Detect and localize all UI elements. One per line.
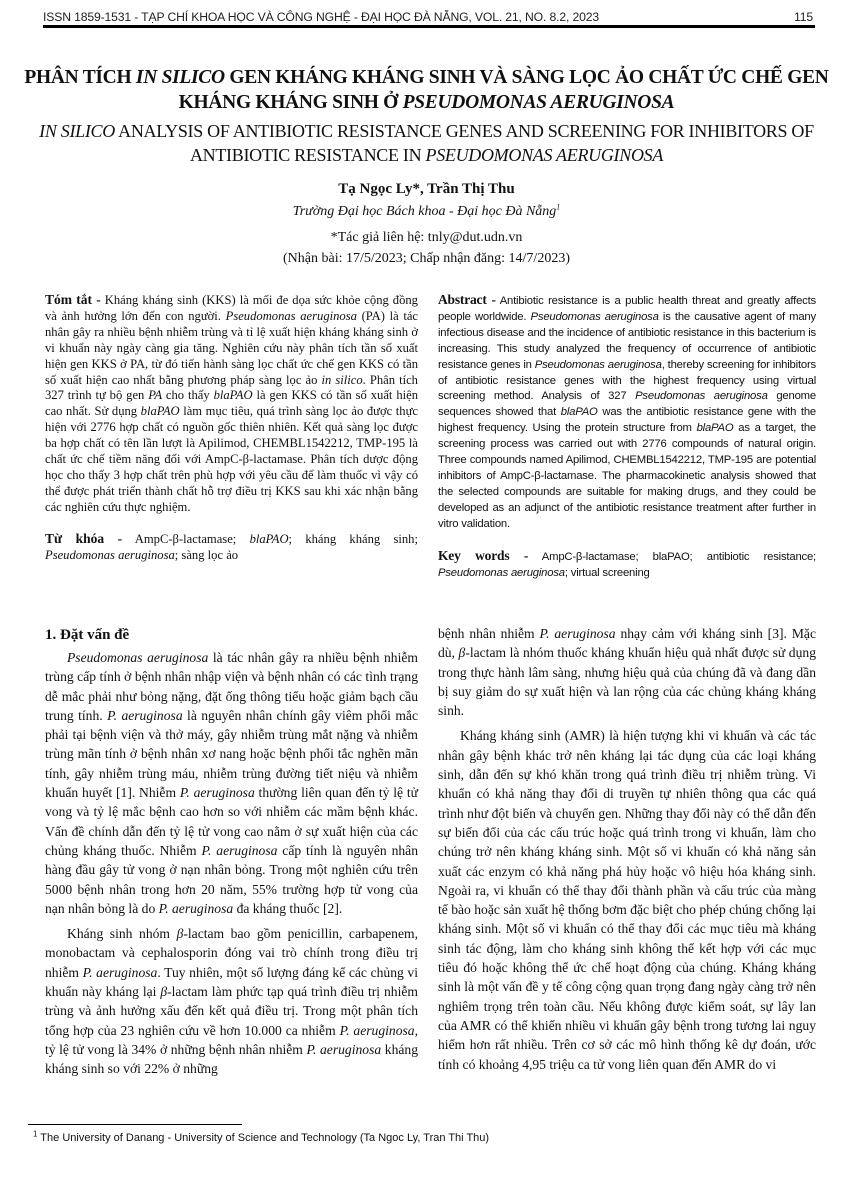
affiliation: Trường Đại học Bách khoa - Đại học Đà Nẵ… xyxy=(150,202,703,222)
section-heading: 1. Đặt vấn đề xyxy=(45,624,418,646)
title-block: PHÂN TÍCH IN SILICO GEN KHÁNG KHÁNG SINH… xyxy=(20,65,833,167)
corresponding-author: *Tác giả liên hệ: tnly@dut.udn.vn xyxy=(150,228,703,248)
header-rule xyxy=(43,25,815,28)
paragraph-3: Kháng kháng sinh (AMR) là hiện tượng khi… xyxy=(438,726,816,1073)
abstract-vietnamese: Tóm tắt - Kháng kháng sinh (KKS) là mối … xyxy=(45,292,418,564)
journal-line: ISSN 1859-1531 - TẠP CHÍ KHOA HỌC VÀ CÔN… xyxy=(43,10,599,24)
abstract-english: Abstract - Antibiotic resistance is a pu… xyxy=(438,292,816,581)
keywords-vietnamese: Từ khóa - AmpC-β-lactamase; blaPAO; khán… xyxy=(45,531,418,564)
paragraph-2-part-a: Kháng sinh nhóm β-lactam bao gồm penicil… xyxy=(45,924,418,1078)
author-names: Tạ Ngọc Ly*, Trần Thị Thu xyxy=(150,178,703,200)
paragraph-2-part-b: bệnh nhân nhiễm P. aeruginosa nhạy cảm v… xyxy=(438,624,816,720)
abstract-en-text: Abstract - Antibiotic resistance is a pu… xyxy=(438,292,816,533)
keywords-english: Key words - AmpC-β-lactamase; blaPAO; an… xyxy=(438,548,816,582)
footnote: 1 The University of Danang - University … xyxy=(33,1132,489,1144)
paragraph-1: Pseudomonas aeruginosa là tác nhân gây r… xyxy=(45,648,418,918)
body-column-left: 1. Đặt vấn đề Pseudomonas aeruginosa là … xyxy=(45,624,418,1079)
footnote-rule xyxy=(28,1124,242,1125)
abstract-vi-text: Tóm tắt - Kháng kháng sinh (KKS) là mối … xyxy=(45,292,418,516)
authors-block: Tạ Ngọc Ly*, Trần Thị Thu Trường Đại học… xyxy=(150,178,703,269)
body-column-right: bệnh nhân nhiễm P. aeruginosa nhạy cảm v… xyxy=(438,624,816,1074)
running-header: ISSN 1859-1531 - TẠP CHÍ KHOA HỌC VÀ CÔN… xyxy=(43,4,813,24)
received-accepted-dates: (Nhận bài: 17/5/2023; Chấp nhận đăng: 14… xyxy=(150,248,703,269)
page-number: 115 xyxy=(794,10,813,24)
title-english: IN SILICO ANALYSIS OF ANTIBIOTIC RESISTA… xyxy=(20,119,833,167)
title-vietnamese: PHÂN TÍCH IN SILICO GEN KHÁNG KHÁNG SINH… xyxy=(20,65,833,115)
